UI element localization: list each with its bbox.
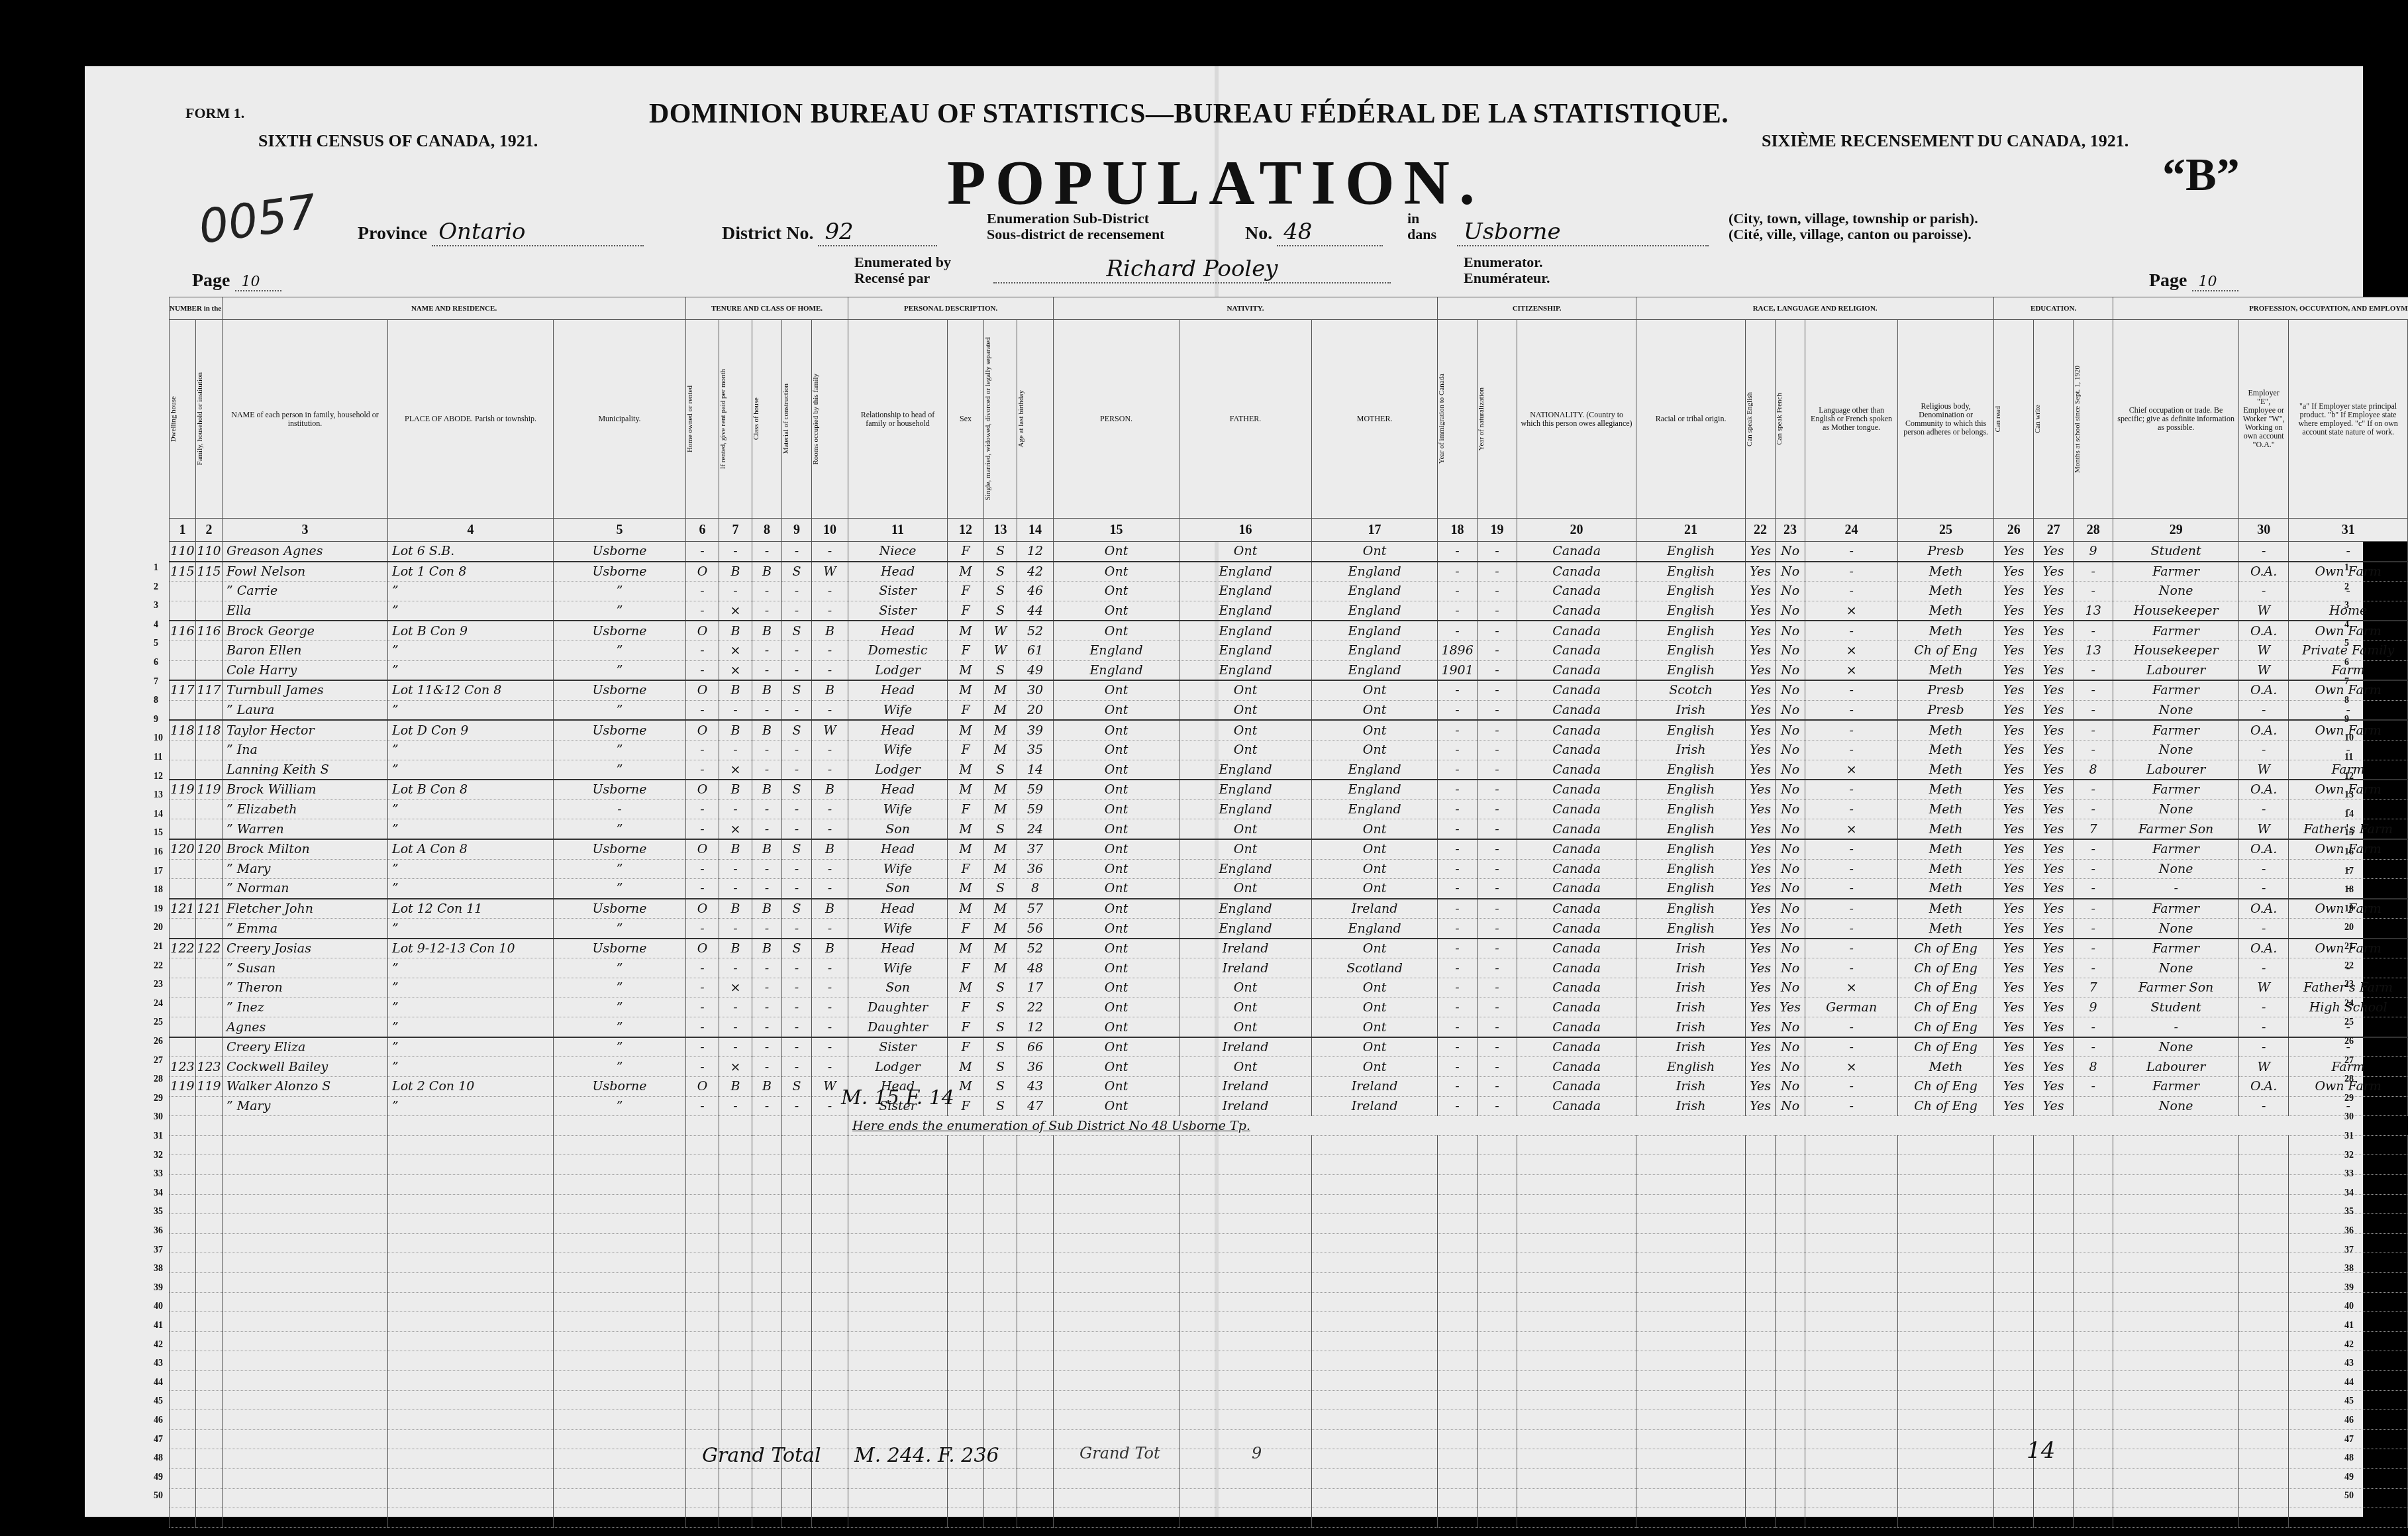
table-cell <box>1179 1155 1312 1175</box>
table-cell <box>170 660 196 680</box>
table-cell: - <box>1805 879 1898 899</box>
table-cell <box>782 1508 812 1528</box>
table-cell <box>1898 1175 1994 1195</box>
table-cell <box>388 1233 554 1253</box>
table-cell: Ont <box>1179 839 1312 859</box>
table-cell: B <box>752 562 782 582</box>
table-cell: 49 <box>1017 660 1054 680</box>
table-cell: - <box>1478 780 1517 799</box>
table-cell: M <box>984 799 1017 819</box>
table-cell: Wife <box>848 919 948 939</box>
table-cell <box>719 1312 752 1332</box>
table-cell: - <box>686 740 719 760</box>
table-cell: B <box>812 621 848 640</box>
table-cell <box>1776 1488 1805 1508</box>
table-cell <box>388 1253 554 1273</box>
province-field: Province Ontario <box>358 219 644 246</box>
table-cell <box>1438 1429 1478 1449</box>
table-cell: - <box>2074 879 2113 899</box>
table-cell <box>223 1468 388 1488</box>
column-number: 16 <box>1179 519 1312 542</box>
table-cell: Farmer <box>2113 621 2239 640</box>
column-number: 12 <box>948 519 984 542</box>
table-cell: Lot 12 Con 11 <box>388 899 554 919</box>
table-cell <box>223 1272 388 1292</box>
table-cell <box>1517 1194 1636 1214</box>
table-cell <box>1438 1508 1478 1528</box>
table-cell <box>196 1292 223 1312</box>
table-cell <box>719 1488 752 1508</box>
table-cell <box>782 1272 812 1292</box>
table-cell <box>1438 1410 1478 1430</box>
table-cell: W <box>812 562 848 582</box>
column-number: 20 <box>1517 519 1636 542</box>
table-cell <box>1805 1390 1898 1410</box>
table-cell: Sister <box>848 601 948 621</box>
table-cell <box>1776 1410 1805 1430</box>
table-cell: 39 <box>1017 720 1054 740</box>
table-cell: 59 <box>1017 780 1054 799</box>
table-cell: - <box>782 1037 812 1057</box>
table-cell: 20 <box>1017 700 1054 720</box>
table-cell <box>848 1370 948 1390</box>
table-row: Agnes””-----DaughterFS12OntOntOnt--Canad… <box>170 1017 2408 1037</box>
column-number: 6 <box>686 519 719 542</box>
table-cell: ” <box>554 660 686 680</box>
table-row: ” Theron””-×---SonMS17OntOntOnt--CanadaI… <box>170 978 2408 998</box>
table-cell <box>1517 1390 1636 1410</box>
table-cell: England <box>1312 760 1438 780</box>
table-cell: - <box>812 700 848 720</box>
table-cell <box>223 1214 388 1234</box>
table-cell <box>719 1370 752 1390</box>
table-row: ” Susan””-----WifeFM48OntIrelandScotland… <box>170 958 2408 978</box>
table-cell: ” <box>388 660 554 680</box>
table-cell: × <box>1805 819 1898 839</box>
table-cell <box>719 1468 752 1488</box>
table-cell: Farmer <box>2113 680 2239 700</box>
table-cell: ” <box>388 1057 554 1077</box>
table-cell <box>196 1390 223 1410</box>
table-cell: - <box>812 601 848 621</box>
table-cell: None <box>2113 1096 2239 1116</box>
table-cell <box>719 1410 752 1430</box>
table-cell <box>752 1351 782 1371</box>
table-cell: S <box>782 939 812 958</box>
table-cell: England <box>1179 601 1312 621</box>
table-cell: Ont <box>1054 899 1179 919</box>
line-number: 31 <box>2344 1131 2354 1142</box>
table-cell <box>223 1449 388 1469</box>
column-header: PLACE OF ABODE. Parish or township. <box>388 320 554 519</box>
table-cell <box>170 760 196 780</box>
table-cell: - <box>1438 799 1478 819</box>
table-cell: - <box>2239 859 2289 879</box>
table-cell <box>1776 1233 1805 1253</box>
table-cell: Ont <box>1054 958 1179 978</box>
table-cell: None <box>2113 740 2239 760</box>
table-cell: B <box>719 621 752 640</box>
table-cell <box>1054 1351 1179 1371</box>
table-cell: - <box>812 660 848 680</box>
table-cell <box>1179 1351 1312 1371</box>
table-cell <box>554 1508 686 1528</box>
table-cell <box>1898 1312 1994 1332</box>
table-cell <box>1312 1272 1438 1292</box>
table-row <box>170 1135 2408 1155</box>
column-header-label: Year of naturalization <box>1478 387 1485 450</box>
table-cell: - <box>2074 582 2113 601</box>
table-cell <box>812 1351 848 1371</box>
table-cell: F <box>948 740 984 760</box>
table-cell <box>1312 1175 1438 1195</box>
table-cell <box>719 1272 752 1292</box>
table-row: ” Mary””-----SisterFS47OntIrelandIreland… <box>170 1096 2408 1116</box>
table-cell: - <box>2074 700 2113 720</box>
table-cell: B <box>812 780 848 799</box>
line-number: 37 <box>2344 1245 2354 1256</box>
table-cell <box>1179 1508 1312 1528</box>
table-cell: England <box>1312 562 1438 582</box>
column-header-label: Year of immigration to Canada <box>1438 374 1446 464</box>
table-cell: Lot 11&12 Con 8 <box>388 680 554 700</box>
table-cell: S <box>984 760 1017 780</box>
table-cell: Ont <box>1054 1096 1179 1116</box>
table-cell <box>196 1096 223 1116</box>
table-cell: - <box>686 1057 719 1077</box>
table-cell: - <box>1438 621 1478 640</box>
column-header: Year of naturalization <box>1478 320 1517 519</box>
table-cell <box>1312 1410 1438 1430</box>
table-cell <box>554 1292 686 1312</box>
table-cell <box>1478 1468 1517 1488</box>
table-cell <box>223 1292 388 1312</box>
column-header: Material of construction <box>782 320 812 519</box>
table-cell: Meth <box>1898 1057 1994 1077</box>
table-cell <box>2074 1214 2113 1234</box>
table-cell <box>1438 1175 1478 1195</box>
table-cell: Yes <box>1994 1037 2034 1057</box>
table-cell: - <box>782 640 812 660</box>
column-header-label: Family, household or institution <box>196 372 204 465</box>
table-cell <box>1636 1429 1746 1449</box>
line-number: 32 <box>154 1151 163 1161</box>
table-cell <box>1017 1253 1054 1273</box>
table-row: 119119Walker Alonzo SLot 2 Con 10Usborne… <box>170 1077 2408 1097</box>
table-cell <box>2113 1508 2239 1528</box>
table-cell <box>848 1214 948 1234</box>
line-number: 13 <box>2344 790 2354 801</box>
table-cell <box>388 1155 554 1175</box>
table-cell: - <box>686 998 719 1017</box>
census-table: NUMBER in the order of visitationNAME AN… <box>169 297 2408 1528</box>
column-number-row: 1234567891011121314151617181920212223242… <box>170 519 2408 542</box>
table-cell <box>196 1116 223 1136</box>
table-cell <box>2074 1410 2113 1430</box>
table-cell: - <box>719 879 752 899</box>
table-cell: Yes <box>1746 680 1776 700</box>
table-cell: M <box>984 939 1017 958</box>
table-cell <box>782 1292 812 1312</box>
table-cell <box>2074 1233 2113 1253</box>
table-cell <box>1179 1488 1312 1508</box>
table-cell <box>2239 1175 2289 1195</box>
line-number: 48 <box>154 1453 163 1464</box>
table-cell: - <box>812 1037 848 1057</box>
table-cell: - <box>752 660 782 680</box>
table-cell: - <box>782 859 812 879</box>
table-cell <box>782 1312 812 1332</box>
table-cell <box>2289 1508 2408 1528</box>
table-cell <box>1898 1214 1994 1234</box>
table-cell <box>782 1194 812 1214</box>
table-cell: Yes <box>1746 899 1776 919</box>
line-number: 38 <box>2344 1264 2354 1274</box>
table-cell <box>1478 1410 1517 1430</box>
table-cell: - <box>1478 660 1517 680</box>
table-cell <box>1746 1292 1776 1312</box>
table-cell <box>1994 1508 2034 1528</box>
table-row: 121121Fletcher JohnLot 12 Con 11UsborneO… <box>170 899 2408 919</box>
table-cell: Presb <box>1898 700 1994 720</box>
table-cell: Yes <box>1994 939 2034 958</box>
table-cell: - <box>2239 1017 2289 1037</box>
table-cell: Canada <box>1517 958 1636 978</box>
table-cell: - <box>782 919 812 939</box>
table-cell <box>196 998 223 1017</box>
column-header: Class of house <box>752 320 782 519</box>
table-cell <box>1017 1214 1054 1234</box>
table-cell: - <box>1805 700 1898 720</box>
subdistrict-label-fr: Sous-district de recensement <box>987 227 1164 242</box>
column-header: Can write <box>2034 320 2074 519</box>
table-cell: ” Emma <box>223 919 388 939</box>
table-row <box>170 1370 2408 1390</box>
table-cell <box>196 799 223 819</box>
column-number: 13 <box>984 519 1017 542</box>
table-cell <box>1994 1175 2034 1195</box>
table-cell <box>196 660 223 680</box>
column-header-label: NATIONALITY. (Country to which this pers… <box>1517 409 1636 430</box>
table-cell <box>554 1272 686 1292</box>
table-cell <box>1994 1194 2034 1214</box>
table-cell <box>1312 1233 1438 1253</box>
table-cell <box>2034 1410 2074 1430</box>
table-cell: ” <box>388 601 554 621</box>
table-cell <box>2034 1194 2074 1214</box>
table-cell: No <box>1776 700 1805 720</box>
table-cell <box>948 1370 984 1390</box>
table-cell: English <box>1636 819 1746 839</box>
table-cell: - <box>686 978 719 998</box>
table-cell: 17 <box>1017 978 1054 998</box>
table-cell <box>1517 1468 1636 1488</box>
page-right-label: Page <box>2149 270 2187 291</box>
table-cell <box>984 1370 1017 1390</box>
table-cell: F <box>948 998 984 1017</box>
table-cell <box>170 1370 196 1390</box>
table-cell <box>1805 1214 1898 1234</box>
table-row: Cole Harry””-×---LodgerMS49EnglandEnglan… <box>170 660 2408 680</box>
table-cell <box>1746 1351 1776 1371</box>
table-cell: × <box>719 601 752 621</box>
line-number: 43 <box>154 1358 163 1369</box>
table-cell <box>782 1410 812 1430</box>
column-number: 10 <box>812 519 848 542</box>
table-cell <box>1017 1429 1054 1449</box>
table-cell: B <box>752 720 782 740</box>
table-cell <box>782 1135 812 1155</box>
table-cell <box>2113 1390 2239 1410</box>
table-cell: - <box>812 998 848 1017</box>
table-cell: S <box>984 819 1017 839</box>
column-number: 8 <box>752 519 782 542</box>
table-cell <box>848 1233 948 1253</box>
table-cell: - <box>719 700 752 720</box>
table-cell: B <box>719 680 752 700</box>
table-cell: Yes <box>1746 780 1776 799</box>
table-cell <box>2074 1449 2113 1469</box>
table-cell <box>554 1429 686 1449</box>
table-cell <box>1805 1508 1898 1528</box>
table-cell <box>1636 1214 1746 1234</box>
table-cell: - <box>1478 899 1517 919</box>
table-cell: M <box>948 660 984 680</box>
table-cell <box>554 1135 686 1155</box>
column-header: Months at school since Sept. 1, 1920 <box>2074 320 2113 519</box>
table-cell: - <box>686 958 719 978</box>
table-cell: Ch of Eng <box>1898 998 1994 1017</box>
line-number: 45 <box>2344 1396 2354 1407</box>
table-cell <box>1805 1488 1898 1508</box>
table-cell: - <box>1805 859 1898 879</box>
table-cell: German <box>1805 998 1898 1017</box>
table-cell <box>2113 1331 2239 1351</box>
table-cell: No <box>1776 859 1805 879</box>
table-cell <box>170 582 196 601</box>
column-number: 5 <box>554 519 686 542</box>
column-header: Religious body, Denomination or Communit… <box>1898 320 1994 519</box>
table-cell <box>1478 1331 1517 1351</box>
table-cell <box>223 1410 388 1430</box>
table-cell: B <box>752 899 782 919</box>
table-cell: Ont <box>1312 542 1438 562</box>
table-cell: - <box>1805 740 1898 760</box>
table-cell <box>686 1390 719 1410</box>
table-cell: - <box>1478 978 1517 998</box>
line-number: 37 <box>154 1245 163 1256</box>
table-cell: - <box>782 601 812 621</box>
table-cell <box>2239 1488 2289 1508</box>
column-header-label: Dwelling house <box>170 396 177 442</box>
table-cell <box>782 1331 812 1351</box>
table-cell: Meth <box>1898 760 1994 780</box>
table-cell: Ont <box>1054 799 1179 819</box>
table-cell <box>948 1233 984 1253</box>
table-cell <box>1805 1194 1898 1214</box>
table-cell: S <box>984 562 1017 582</box>
table-cell <box>170 1135 196 1155</box>
table-cell <box>1312 1488 1438 1508</box>
table-cell <box>554 1312 686 1332</box>
line-number: 49 <box>2344 1472 2354 1483</box>
table-cell: B <box>719 939 752 958</box>
table-cell: No <box>1776 582 1805 601</box>
table-cell: - <box>2074 740 2113 760</box>
table-cell: English <box>1636 720 1746 740</box>
table-cell: England <box>1312 780 1438 799</box>
table-cell: Yes <box>1746 621 1776 640</box>
table-cell: B <box>752 1077 782 1097</box>
table-cell: Farmer <box>2113 562 2239 582</box>
table-cell: O.A. <box>2239 562 2289 582</box>
table-cell: Yes <box>1746 640 1776 660</box>
table-cell: Canada <box>1517 879 1636 899</box>
table-cell <box>554 1351 686 1371</box>
table-cell: - <box>1478 839 1517 859</box>
table-cell: - <box>1438 899 1478 919</box>
table-cell: Ont <box>1054 819 1179 839</box>
table-cell: Cole Harry <box>223 660 388 680</box>
table-cell: Meth <box>1898 839 1994 859</box>
table-cell <box>1994 1488 2034 1508</box>
table-cell <box>1746 1370 1776 1390</box>
table-cell <box>170 1468 196 1488</box>
table-cell <box>984 1508 1017 1528</box>
table-row: ” Ina””-----WifeFM35OntOntOnt--CanadaIri… <box>170 740 2408 760</box>
table-cell <box>812 1135 848 1155</box>
table-cell: England <box>1312 660 1438 680</box>
table-cell: Creery Eliza <box>223 1037 388 1057</box>
table-cell: Lot 6 S.B. <box>388 542 554 562</box>
line-number: 44 <box>154 1378 163 1388</box>
table-cell: - <box>1438 601 1478 621</box>
table-cell <box>1805 1370 1898 1390</box>
table-cell: Ont <box>1054 760 1179 780</box>
column-header-label: "a" If Employer state principal product.… <box>2289 400 2407 438</box>
table-cell: Ont <box>1054 1037 1179 1057</box>
line-number: 33 <box>2344 1169 2354 1180</box>
line-number: 33 <box>154 1169 163 1180</box>
table-cell <box>2239 1312 2289 1332</box>
table-cell <box>1636 1233 1746 1253</box>
table-cell: - <box>1438 958 1478 978</box>
table-cell: × <box>719 640 752 660</box>
table-row: 119119Brock WilliamLot B Con 8UsborneOBB… <box>170 780 2408 799</box>
table-cell: Ont <box>1054 919 1179 939</box>
table-cell <box>223 1175 388 1195</box>
line-number: 8 <box>154 695 158 706</box>
table-cell <box>1179 1253 1312 1273</box>
table-cell <box>2239 1390 2289 1410</box>
table-cell: M <box>984 899 1017 919</box>
table-cell: Usborne <box>554 939 686 958</box>
table-cell: - <box>2239 879 2289 899</box>
table-cell: Lanning Keith S <box>223 760 388 780</box>
table-cell: Yes <box>2034 562 2074 582</box>
line-number: 16 <box>154 847 163 858</box>
table-cell <box>196 1037 223 1057</box>
table-cell <box>1805 1135 1898 1155</box>
table-cell <box>686 1508 719 1528</box>
table-cell: - <box>2239 799 2289 819</box>
table-cell: Ont <box>1312 859 1438 879</box>
table-cell: - <box>1805 680 1898 700</box>
line-number: 22 <box>2344 961 2354 972</box>
table-cell: Meth <box>1898 621 1994 640</box>
table-cell <box>1805 1155 1898 1175</box>
table-cell: × <box>1805 601 1898 621</box>
